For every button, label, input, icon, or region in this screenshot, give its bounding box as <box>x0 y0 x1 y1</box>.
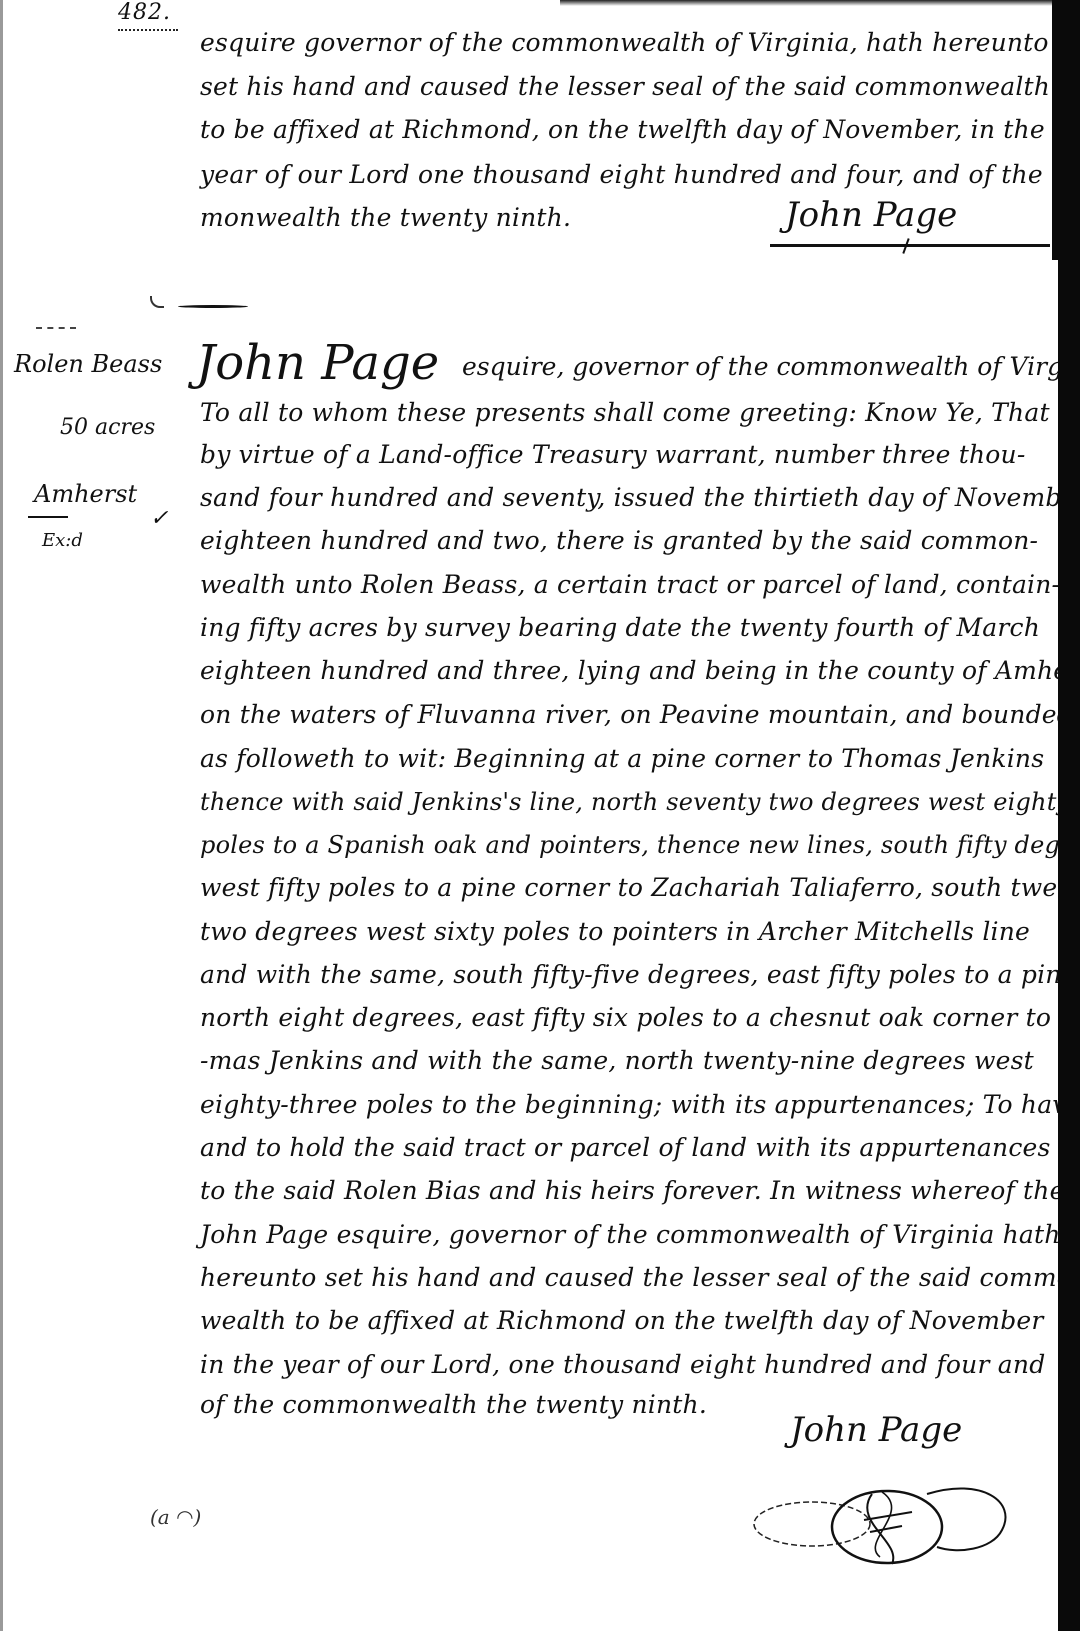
governor-signature: John Page <box>790 1410 962 1450</box>
text-line: wealth to be affixed at Richmond on the … <box>200 1306 1044 1336</box>
text-line: of the commonwealth the twenty ninth. <box>200 1390 707 1420</box>
text-line: To all to whom these presents shall come… <box>200 398 1050 428</box>
margin-grantee-name: Rolen Beass <box>14 350 162 378</box>
folio-underline <box>118 29 178 31</box>
signature-underline <box>770 244 1050 247</box>
text-line: on the waters of Fluvanna river, on Peav… <box>200 700 1073 730</box>
seal-flourish-icon <box>752 1482 1022 1572</box>
text-line: John Page esquire, governor of the commo… <box>200 1220 1061 1250</box>
text-line: in the year of our Lord, one thousand ei… <box>200 1350 1045 1380</box>
text-line: esquire governor of the commonwealth of … <box>200 28 1049 58</box>
text-line: wealth unto Rolen Beass, a certain tract… <box>200 570 1060 600</box>
text-line: set his hand and caused the lesser seal … <box>200 72 1050 102</box>
text-line: ing fifty acres by survey bearing date t… <box>200 613 1040 643</box>
text-line: by virtue of a Land-office Treasury warr… <box>200 440 1026 470</box>
text-line: and with the same, south fifty-five degr… <box>200 960 1077 990</box>
text-line: sand four hundred and seventy, issued th… <box>200 483 1080 513</box>
text-line: to the said Rolen Bias and his heirs for… <box>200 1176 1080 1206</box>
text-line: and to hold the said tract or parcel of … <box>200 1133 1051 1163</box>
decorative-flourish <box>150 296 164 308</box>
margin-county-underline <box>28 516 68 518</box>
grant-header-name: John Page <box>196 335 439 391</box>
text-line: monwealth the twenty ninth. <box>200 203 571 233</box>
margin-dash <box>36 327 76 329</box>
stray-mark: (a ◠) <box>150 1505 201 1529</box>
folio-number: 482. <box>118 0 171 25</box>
margin-acreage: 50 acres <box>60 415 155 440</box>
text-line: poles to a Spanish oak and pointers, the… <box>200 830 1080 860</box>
document-page: 482. esquire governor of the commonwealt… <box>0 0 1062 1631</box>
margin-county: Amherst <box>34 480 137 508</box>
text-line: eighteen hundred and three, lying and be… <box>200 656 1080 686</box>
decorative-flourish <box>178 305 248 308</box>
scan-border-top <box>560 0 1060 6</box>
text-line: hereunto set his hand and caused the les… <box>200 1263 1080 1293</box>
governor-signature: John Page <box>785 195 957 235</box>
scan-border-right-top <box>1052 0 1080 260</box>
scan-border-left <box>0 0 3 1631</box>
text-line: west fifty poles to a pine corner to Zac… <box>200 873 1080 903</box>
text-line: north eight degrees, east fifty six pole… <box>200 1003 1080 1033</box>
margin-examined-note: Ex:d <box>42 530 83 551</box>
checkmark-icon: ✓ <box>150 506 168 531</box>
text-line: -mas Jenkins and with the same, north tw… <box>200 1046 1034 1076</box>
text-line: eighty-three poles to the beginning; wit… <box>200 1090 1080 1120</box>
text-line: thence with said Jenkins's line, north s… <box>200 787 1080 817</box>
text-line: as followeth to wit: Beginning at a pine… <box>200 744 1044 774</box>
text-line: year of our Lord one thousand eight hund… <box>200 160 1080 190</box>
text-line: to be affixed at Richmond, on the twelft… <box>200 115 1045 145</box>
grant-header-title: esquire, governor of the commonwealth of… <box>462 352 1080 382</box>
text-line: eighteen hundred and two, there is grant… <box>200 526 1038 556</box>
text-line: two degrees west sixty poles to pointers… <box>200 917 1030 947</box>
